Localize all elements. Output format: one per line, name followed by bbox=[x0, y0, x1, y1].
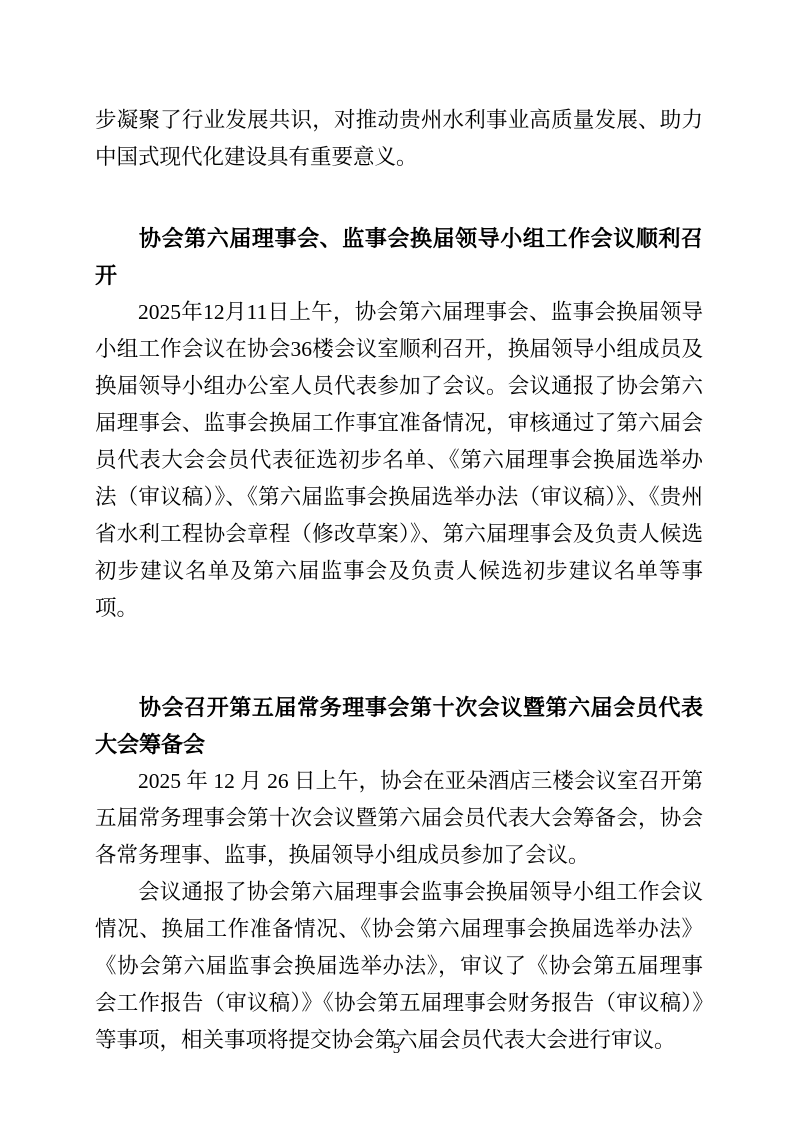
section-heading-leadership-group-meeting: 协会第六届理事会、监事会换届领导小组工作会议顺利召开 bbox=[95, 220, 703, 294]
paragraph-leadership-group-meeting: 2025年12月11日上午，协会第六届理事会、监事会换届领导小组工作会议在协会3… bbox=[95, 294, 703, 627]
page-content: 步凝聚了行业发展共识，对推动贵州水利事业高质量发展、助力中国式现代化建设具有重要… bbox=[95, 102, 703, 1059]
document-page: 步凝聚了行业发展共识，对推动贵州水利事业高质量发展、助力中国式现代化建设具有重要… bbox=[0, 0, 793, 1122]
paragraph-preparatory-meeting-intro: 2025 年 12 月 26 日上午，协会在亚朵酒店三楼会议室召开第五届常务理事… bbox=[95, 763, 703, 874]
paragraph-continuation: 步凝聚了行业发展共识，对推动贵州水利事业高质量发展、助力中国式现代化建设具有重要… bbox=[95, 102, 703, 176]
page-number: 5 bbox=[0, 1040, 793, 1058]
paragraph-preparatory-meeting-report: 会议通报了协会第六届理事会监事会换届领导小组工作会议情况、换届工作准备情况、《协… bbox=[95, 874, 703, 1059]
section-heading-preparatory-meeting: 协会召开第五届常务理事会第十次会议暨第六届会员代表大会筹备会 bbox=[95, 689, 703, 763]
